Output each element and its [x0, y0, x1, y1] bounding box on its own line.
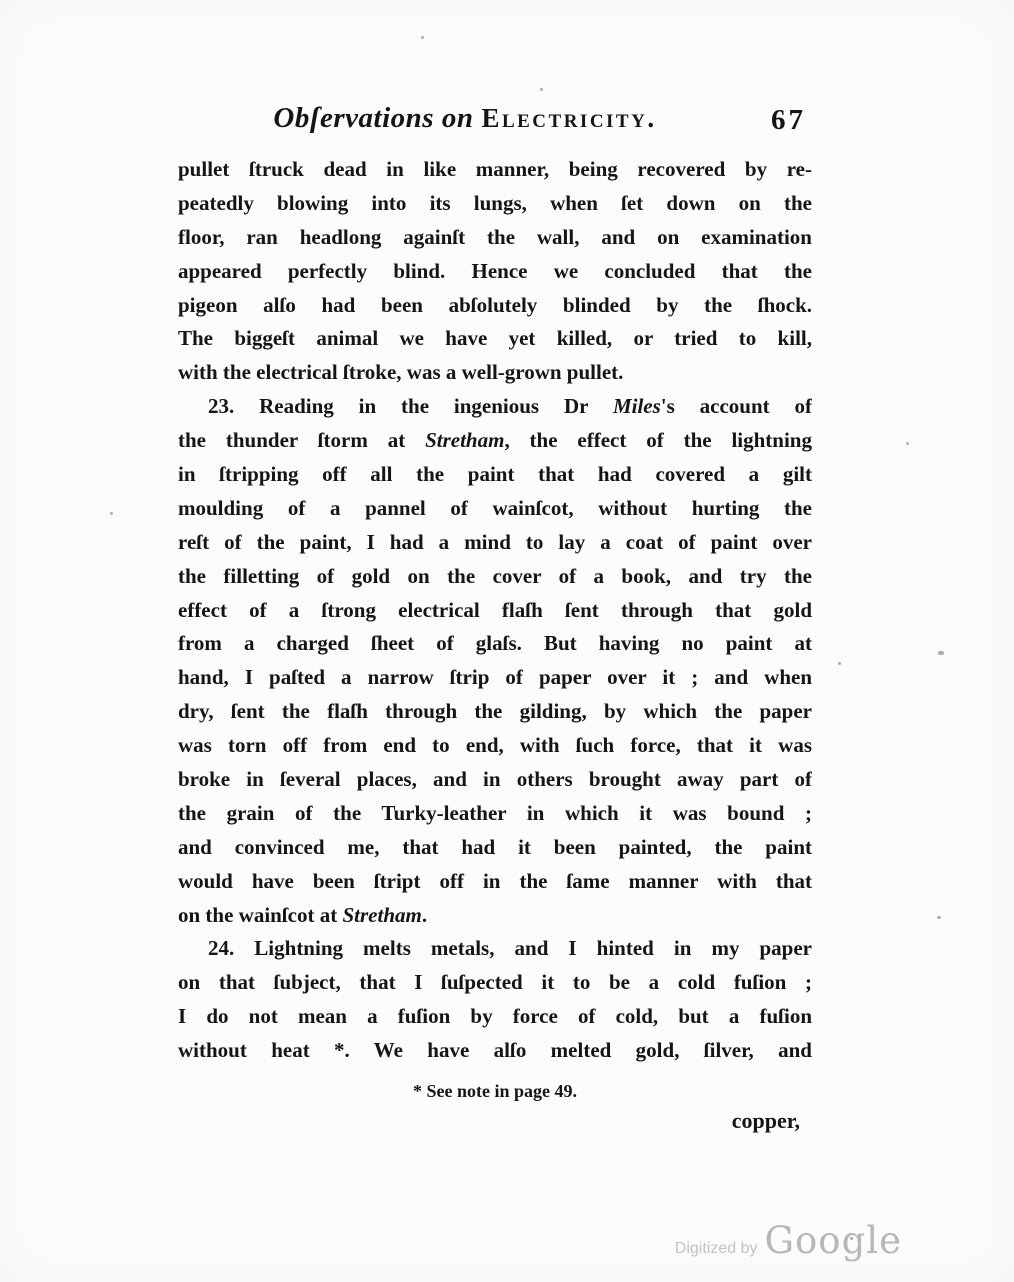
scan-speck	[540, 88, 543, 91]
scan-speck	[421, 36, 424, 39]
text-segment: effect of a ſtrong electrical flaſh ſent…	[178, 598, 812, 622]
watermark-prefix: Digitized by	[675, 1240, 758, 1258]
running-title-caps: Electricity.	[481, 103, 656, 133]
page-number: 67	[771, 104, 806, 137]
text-segment: on the wainſcot at	[178, 903, 343, 927]
text-line: moulding of a pannel of wainſcot, withou…	[178, 492, 812, 526]
text-segment: dry, ſent the flaſh through the gilding,…	[178, 699, 812, 723]
scan-speck	[938, 651, 944, 655]
scan-speck	[937, 916, 941, 919]
text-line: the grain of the Turky-leather in which …	[178, 797, 812, 831]
watermark: Digitized by Google	[675, 1222, 902, 1259]
body-lines: pullet ſtruck dead in like manner, being…	[178, 153, 812, 1068]
text-segment: peatedly blowing into its lungs, when ſe…	[178, 191, 812, 215]
text-line: would have been ſtript off in the ſame m…	[178, 865, 812, 899]
google-logo: Google	[764, 1222, 902, 1259]
page-header: Obſervations onElectricity. 67	[178, 102, 812, 148]
running-title: Obſervations onElectricity.	[178, 102, 752, 135]
text-line: on that ſubject, that I ſuſpected it to …	[178, 966, 812, 1000]
text-segment: was torn off from end to end, with ſuch …	[178, 733, 812, 757]
text-line: peatedly blowing into its lungs, when ſe…	[178, 187, 812, 221]
text-line: appeared perfectly blind. Hence we concl…	[178, 255, 812, 289]
book-page: Obſervations onElectricity. 67 pullet ſt…	[0, 0, 1014, 1282]
scan-speck	[838, 662, 841, 665]
text-line: in ſtripping off all the paint that had …	[178, 458, 812, 492]
text-segment: pullet ſtruck dead in like manner, being…	[178, 157, 812, 181]
text-line: with the electrical ſtroke, was a well-g…	[178, 356, 812, 390]
text-line: without heat *. We have alſo melted gold…	[178, 1034, 812, 1068]
text-segment: moulding of a pannel of wainſcot, withou…	[178, 496, 812, 520]
text-segment: The biggeſt animal we have yet killed, o…	[178, 326, 812, 350]
text-segment: reſt of the paint, I had a mind to lay a…	[178, 530, 812, 554]
italic-text: Miles	[613, 394, 661, 418]
text-line: I do not mean a fuſion by force of cold,…	[178, 1000, 812, 1034]
text-segment: would have been ſtript off in the ſame m…	[178, 869, 812, 893]
text-segment: with the electrical ſtroke, was a well-g…	[178, 360, 623, 384]
text-segment: the thunder ſtorm at	[178, 428, 425, 452]
text-line: and convinced me, that had it been paint…	[178, 831, 812, 865]
footnote: * See note in page 49.	[178, 1081, 812, 1102]
italic-text: Stretham	[343, 903, 422, 927]
text-segment: pigeon alſo had been abſolutely blinded …	[178, 293, 812, 317]
text-segment: hand, I paſted a narrow ſtrip of paper o…	[178, 665, 812, 689]
text-line: effect of a ſtrong electrical flaſh ſent…	[178, 594, 812, 628]
text-segment: broke in ſeveral places, and in others b…	[178, 767, 812, 791]
text-segment: without heat *. We have alſo melted gold…	[178, 1038, 812, 1062]
running-title-italic: Obſervations on	[273, 102, 473, 134]
text-line: from a charged ſheet of glaſs. But havin…	[178, 627, 812, 661]
scan-speck	[906, 442, 909, 445]
text-segment: 23. Reading in the ingenious Dr	[208, 394, 613, 418]
text-segment: the grain of the Turky-leather in which …	[178, 801, 812, 825]
text-segment: floor, ran headlong againſt the wall, an…	[178, 225, 812, 249]
scan-speck	[850, 1237, 853, 1240]
text-line: hand, I paſted a narrow ſtrip of paper o…	[178, 661, 812, 695]
text-line: dry, ſent the flaſh through the gilding,…	[178, 695, 812, 729]
text-segment: .	[422, 903, 427, 927]
text-segment: I do not mean a fuſion by force of cold,…	[178, 1004, 812, 1028]
text-line: 23. Reading in the ingenious Dr Miles's …	[178, 390, 812, 424]
text-segment: , the effect of the lightning	[504, 428, 812, 452]
text-segment: the filletting of gold on the cover of a…	[178, 564, 812, 588]
text-line: floor, ran headlong againſt the wall, an…	[178, 221, 812, 255]
text-line: reſt of the paint, I had a mind to lay a…	[178, 526, 812, 560]
text-segment: 24. Lightning melts metals, and I hinted…	[208, 936, 812, 960]
text-segment: appeared perfectly blind. Hence we concl…	[178, 259, 812, 283]
text-segment: from a charged ſheet of glaſs. But havin…	[178, 631, 812, 655]
text-line: was torn off from end to end, with ſuch …	[178, 729, 812, 763]
text-line: the filletting of gold on the cover of a…	[178, 560, 812, 594]
text-line: pigeon alſo had been abſolutely blinded …	[178, 289, 812, 323]
text-line: The biggeſt animal we have yet killed, o…	[178, 322, 812, 356]
italic-text: Stretham	[425, 428, 504, 452]
text-segment: and convinced me, that had it been paint…	[178, 835, 812, 859]
text-segment: in ſtripping off all the paint that had …	[178, 462, 812, 486]
text-line: pullet ſtruck dead in like manner, being…	[178, 153, 812, 187]
text-segment: on that ſubject, that I ſuſpected it to …	[178, 970, 812, 994]
text-segment: 's account of	[661, 394, 812, 418]
text-line: 24. Lightning melts metals, and I hinted…	[178, 932, 812, 966]
catchword: copper,	[178, 1108, 800, 1134]
text-line: broke in ſeveral places, and in others b…	[178, 763, 812, 797]
text-line: the thunder ſtorm at Stretham, the effec…	[178, 424, 812, 458]
text-line: on the wainſcot at Stretham.	[178, 899, 812, 933]
scan-speck	[110, 512, 113, 515]
